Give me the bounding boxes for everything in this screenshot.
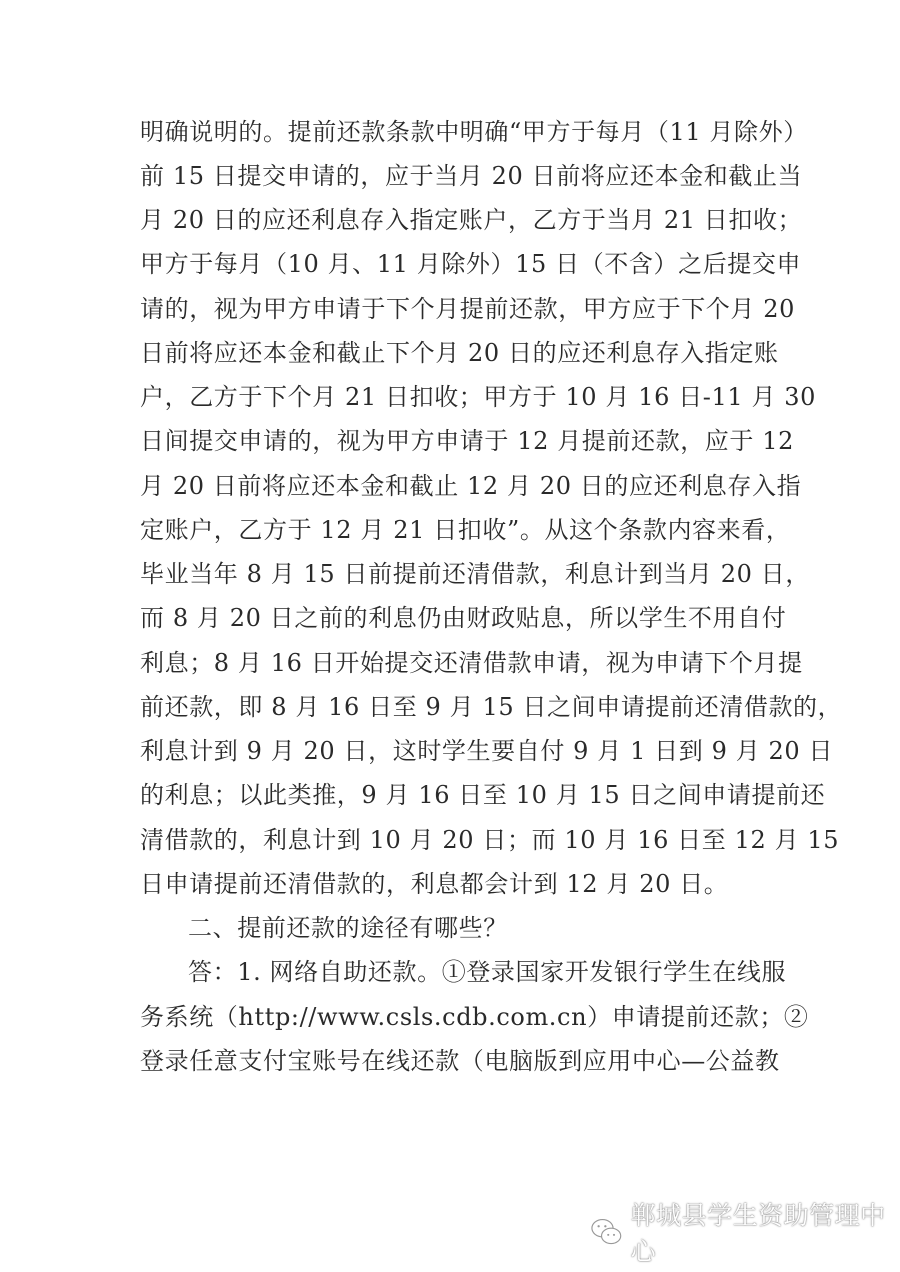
text-line: 利息计到 9 月 20 日，这时学生要自付 9 月 1 日到 9 月 20 日 <box>140 731 833 771</box>
text-line: 户，乙方于下个月 21 日扣收；甲方于 10 月 16 日-11 月 30 <box>140 377 816 417</box>
text-line: 月 20 日前将应还本金和截止 12 月 20 日的应还利息存入指 <box>140 466 801 506</box>
text-line: 月 20 日的应还利息存入指定账户，乙方于当月 21 日扣收； <box>140 200 802 240</box>
text-line: 答：1. 网络自助还款。①登录国家开发银行学生在线服 <box>188 952 786 992</box>
text-line: 甲方于每月（10 月、11 月除外）15 日（不含）之后提交申 <box>140 244 801 284</box>
text-line: 前 15 日提交申请的，应于当月 20 日前将应还本金和截止当 <box>140 156 802 196</box>
text-line: 清借款的，利息计到 10 月 20 日；而 10 月 16 日至 12 月 15 <box>140 820 839 860</box>
text-line: 的利息；以此类推，9 月 16 日至 10 月 15 日之间申请提前还 <box>140 775 825 815</box>
text-line: 日前将应还本金和截止下个月 20 日的应还利息存入指定账 <box>140 333 779 373</box>
text-line: 日申请提前还清借款的，利息都会计到 12 月 20 日。 <box>140 864 728 904</box>
text-line: 利息；8 月 16 日开始提交还清借款申请，视为申请下个月提 <box>140 643 803 683</box>
text-line: 务系统（http://www.csls.cdb.com.cn）申请提前还款；② <box>140 997 809 1037</box>
text-line: 明确说明的。提前还款条款中明确“甲方于每月（11 月除外） <box>140 112 808 152</box>
text-line: 定账户，乙方于 12 月 21 日扣收”。从这个条款内容来看， <box>140 510 790 550</box>
watermark: 郸城县学生资助管理中心 <box>590 1212 900 1252</box>
section-heading: 二、提前还款的途径有哪些？ <box>188 908 508 948</box>
text-line: 请的，视为甲方申请于下个月提前还款，甲方应于下个月 20 <box>140 289 795 329</box>
text-line: 登录任意支付宝账号在线还款（电脑版到应用中心—公益教 <box>140 1041 780 1081</box>
text-line: 而 8 月 20 日之前的利息仍由财政贴息，所以学生不用自付 <box>140 598 786 638</box>
text-line: 日间提交申请的，视为甲方申请于 12 月提前还款，应于 12 <box>140 421 794 461</box>
watermark-text: 郸城县学生资助管理中心 <box>631 1196 900 1268</box>
wechat-icon <box>590 1217 623 1247</box>
text-line: 前还款，即 8 月 16 日至 9 月 15 日之间申请提前还清借款的， <box>140 687 842 727</box>
text-line: 毕业当年 8 月 15 日前提前还清借款，利息计到当月 20 日， <box>140 554 810 594</box>
